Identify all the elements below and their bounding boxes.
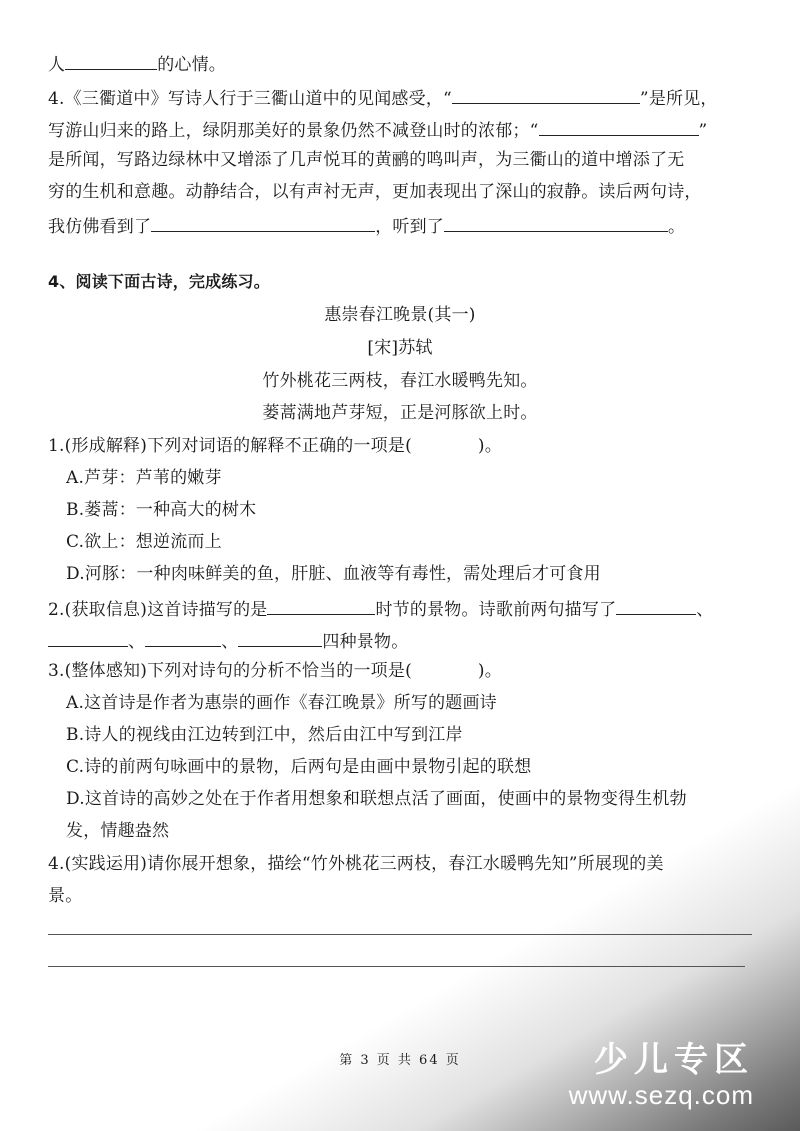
option-c: C.欲上：想逆流而上 bbox=[66, 532, 222, 552]
answer-blank[interactable] bbox=[452, 86, 640, 104]
watermark-url: www.sezq.com bbox=[569, 1080, 754, 1111]
question-2: 2.(获取信息)这首诗描写的是时节的景物。诗歌前两句描写了、 bbox=[48, 597, 714, 620]
option-a: A.这首诗是作者为惠崇的画作《春江晚景》所写的题画诗 bbox=[66, 693, 497, 713]
answer-blank[interactable] bbox=[145, 629, 221, 647]
text: 四种景物。 bbox=[322, 632, 408, 652]
text-line: 景。 bbox=[48, 886, 82, 906]
poem-line: 蒌蒿满地芦芽短，正是河豚欲上时。 bbox=[0, 403, 800, 423]
text-line: 4.《三衢道中》写诗人行于三衢山道中的见闻感受，“”是所见， bbox=[48, 86, 718, 109]
answer-blank[interactable] bbox=[151, 214, 375, 232]
poem-author: [宋]苏轼 bbox=[0, 338, 800, 358]
answer-blank[interactable] bbox=[65, 52, 157, 70]
text-line: 、、四种景物。 bbox=[48, 629, 408, 652]
section-heading: 4、阅读下面古诗，完成练习。 bbox=[48, 272, 270, 292]
question-text: 3.(整体感知)下列对诗句的分析不恰当的一项是( bbox=[48, 661, 412, 681]
text: 的心情。 bbox=[157, 55, 226, 75]
answer-blank[interactable] bbox=[616, 597, 696, 615]
option-b: B.蒌蒿：一种高大的树木 bbox=[66, 500, 256, 520]
text: 、 bbox=[128, 632, 145, 652]
answer-writing-line[interactable] bbox=[48, 934, 752, 935]
answer-blank[interactable] bbox=[238, 629, 322, 647]
text: 。 bbox=[668, 217, 685, 237]
text: 、 bbox=[696, 600, 713, 620]
text-line: 人的心情。 bbox=[48, 52, 226, 75]
text: 人 bbox=[48, 55, 65, 75]
answer-blank[interactable] bbox=[444, 214, 668, 232]
text-line: 写游山归来的路上，绿阴那美好的景象仍然不减登山时的浓郁；“” bbox=[48, 118, 707, 141]
option-d: D.河豚：一种肉味鲜美的鱼，肝脏、血液等有毒性，需处理后才可食用 bbox=[66, 564, 601, 584]
answer-writing-line[interactable] bbox=[48, 966, 745, 967]
text: )。 bbox=[478, 436, 502, 456]
text-line: 是所闻，写路边绿林中又增添了几声悦耳的黄鹂的鸣叫声，为三衢山的道中增添了无 bbox=[48, 150, 684, 170]
text: 我仿佛看到了 bbox=[48, 217, 151, 237]
answer-blank[interactable] bbox=[539, 118, 699, 136]
text: ” bbox=[699, 121, 708, 141]
poem-title: 惠崇春江晚景(其一) bbox=[0, 305, 800, 325]
text: 时节的景物。诗歌前两句描写了 bbox=[375, 600, 616, 620]
option-c: C.诗的前两句咏画中的景物，后两句是由画中景物引起的联想 bbox=[66, 757, 531, 777]
question-4: 4.(实践运用)请你展开想象，描绘“竹外桃花三两枝，春江水暖鸭先知”所展现的美 bbox=[48, 854, 664, 874]
option-a: A.芦芽：芦苇的嫩芽 bbox=[66, 468, 222, 488]
poem-line: 竹外桃花三两枝，春江水暖鸭先知。 bbox=[0, 371, 800, 391]
option-b: B.诗人的视线由江边转到江中，然后由江中写到江岸 bbox=[66, 725, 463, 745]
question-text: 4.《三衢道中》写诗人行于三衢山道中的见闻感受，“ bbox=[48, 89, 452, 109]
watermark-logo: 少儿专区 bbox=[594, 1032, 754, 1081]
text: 、 bbox=[221, 632, 238, 652]
text: 写游山归来的路上，绿阴那美好的景象仍然不减登山时的浓郁；“ bbox=[48, 121, 539, 141]
text: ，听到了 bbox=[375, 217, 444, 237]
answer-blank[interactable] bbox=[267, 597, 375, 615]
text-line: 穷的生机和意趣。动静结合，以有声衬无声，更加表现出了深山的寂静。读后两句诗， bbox=[48, 182, 702, 202]
question-3: 3.(整体感知)下列对诗句的分析不恰当的一项是()。 bbox=[48, 661, 502, 681]
option-d-continued: 发，情趣盎然 bbox=[66, 821, 169, 841]
text-line: 我仿佛看到了，听到了。 bbox=[48, 214, 685, 237]
answer-blank[interactable] bbox=[48, 629, 128, 647]
text: )。 bbox=[478, 661, 502, 681]
question-text: 1.(形成解释)下列对词语的解释不正确的一项是( bbox=[48, 436, 412, 456]
text: ”是所见， bbox=[640, 89, 718, 109]
option-d: D.这首诗的高妙之处在于作者用想象和联想点活了画面，使画中的景物变得生机勃 bbox=[66, 789, 687, 809]
question-text: 2.(获取信息)这首诗描写的是 bbox=[48, 600, 267, 620]
question-1: 1.(形成解释)下列对词语的解释不正确的一项是()。 bbox=[48, 436, 502, 456]
